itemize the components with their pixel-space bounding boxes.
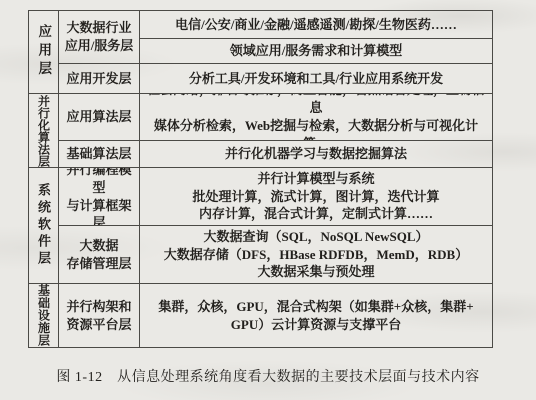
scanned-book-page: 应用层 并行化算法层 系统软件层 基础设施层 大数据行业 应用/服务层 应用开发…	[0, 0, 536, 400]
figure-caption: 图 1-12 从信息处理系统角度看大数据的主要技术层面与技术内容	[0, 366, 536, 386]
layer-group-infrastructure: 基础设施层	[29, 284, 59, 347]
sublayer-parallel-architecture-resource-platform: 并行构架和 资源平台层	[59, 284, 140, 347]
content-cluster-cloud-platforms: 集群，众核，GPU，混合式构架（如集群+众核，集群+ GPU）云计算资源与支撑平…	[140, 284, 492, 347]
big-data-layers-table: 应用层 并行化算法层 系统软件层 基础设施层 大数据行业 应用/服务层 应用开发…	[28, 10, 493, 348]
content-development-tools: 分析工具/开发环境和工具/行业应用系统开发	[140, 64, 492, 94]
sublayer-industry-application-service: 大数据行业 应用/服务层	[59, 11, 140, 64]
content-domain-application-models: 领域应用/服务需求和计算模型	[140, 39, 492, 64]
sublayer-parallel-programming-framework: 并行编程模型 与计算框架层	[59, 168, 140, 226]
content-application-algorithms: 社会网络，排名与推荐，商业智能，自然语言处理，生物信息 媒体分析检索，Web挖掘…	[140, 94, 492, 141]
layer-group-parallel-algorithms: 并行化算法层	[29, 94, 59, 168]
sublayer-application-algorithms: 应用算法层	[59, 94, 140, 141]
layer-group-system-software: 系统软件层	[29, 168, 59, 284]
sublayer-storage-management: 大数据 存储管理层	[59, 226, 140, 284]
content-machine-learning-data-mining: 并行化机器学习与数据挖掘算法	[140, 141, 492, 168]
layer-group-application: 应用层	[29, 11, 59, 94]
content-parallel-computing-models: 并行计算模型与系统 批处理计算，流式计算，图计算，迭代计算 内存计算，混合式计算…	[140, 168, 492, 226]
content-storage-query-systems: 大数据查询（SQL，NoSQL NewSQL） 大数据存储（DFS，HBase …	[140, 226, 492, 284]
sublayer-application-development: 应用开发层	[59, 64, 140, 94]
sublayer-basic-algorithms: 基础算法层	[59, 141, 140, 168]
content-industry-domains: 电信/公安/商业/金融/遥感遥测/勘探/生物医药……	[140, 11, 492, 39]
